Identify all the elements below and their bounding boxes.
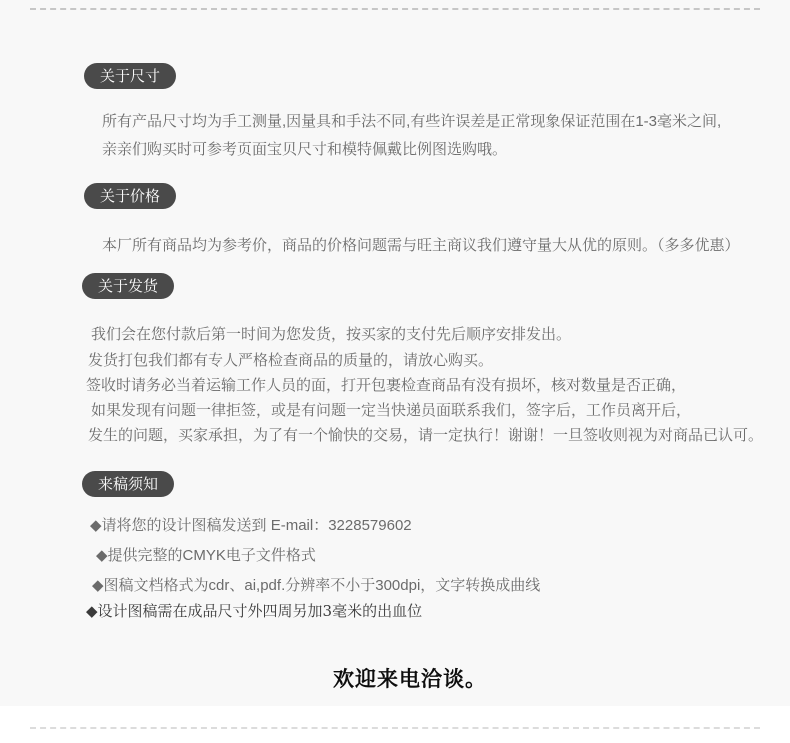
shipping-note-line-3: 签收时请务必当着运输工作人员的面，打开包裹检查商品有没有损坏，核对数量是否正确，	[86, 378, 686, 394]
product-info-page: 关于尺寸 所有产品尺寸均为手工测量,因量具和手法不同,有些许误差是正常现象保证范…	[0, 0, 790, 743]
section-title-size: 关于尺寸	[84, 63, 176, 89]
submission-note-line-2: ◆提供完整的CMYK电子文件格式	[96, 548, 316, 564]
section-title-price: 关于价格	[84, 183, 176, 209]
shipping-note-line-2: 发货打包我们都有专人严格检查商品的质量的，请放心购买。	[88, 353, 493, 369]
bottom-dashed-divider	[30, 727, 760, 729]
section-title-submission: 来稿须知	[82, 471, 174, 497]
contact-slogan: 欢迎来电洽谈。	[333, 663, 487, 693]
price-note-line-1: 本厂所有商品均为参考价，商品的价格问题需与旺主商议我们遵守量大从优的原则。（多多…	[102, 238, 740, 254]
submission-note-line-4: ◆设计图稿需在成品尺寸外四周另加3毫米的出血位	[86, 603, 422, 619]
shipping-note-line-4: 如果发现有问题一律拒签，或是有问题一定当快递员面联系我们，签字后，工作员离开后，	[91, 403, 691, 419]
top-dashed-divider	[30, 8, 760, 10]
section-title-shipping: 关于发货	[82, 273, 174, 299]
shipping-note-line-5: 发生的问题，买家承担，为了有一个愉快的交易，请一定执行！谢谢！一旦签收则视为对商…	[88, 428, 763, 444]
shipping-note-line-1: 我们会在您付款后第一时间为您发货，按买家的支付先后顺序安排发出。	[91, 327, 571, 343]
submission-note-line-1: ◆请将您的设计图稿发送到 E-mail：3228579602	[90, 518, 412, 534]
submission-note-line-3: ◆图稿文档格式为cdr、ai,pdf.分辨率不小于300dpi，文字转换成曲线	[92, 578, 540, 594]
size-note-line-2: 亲亲们购买时可参考页面宝贝尺寸和模特佩戴比例图选购哦。	[102, 142, 507, 158]
size-note-line-1: 所有产品尺寸均为手工测量,因量具和手法不同,有些许误差是正常现象保证范围在1-3…	[102, 114, 721, 130]
